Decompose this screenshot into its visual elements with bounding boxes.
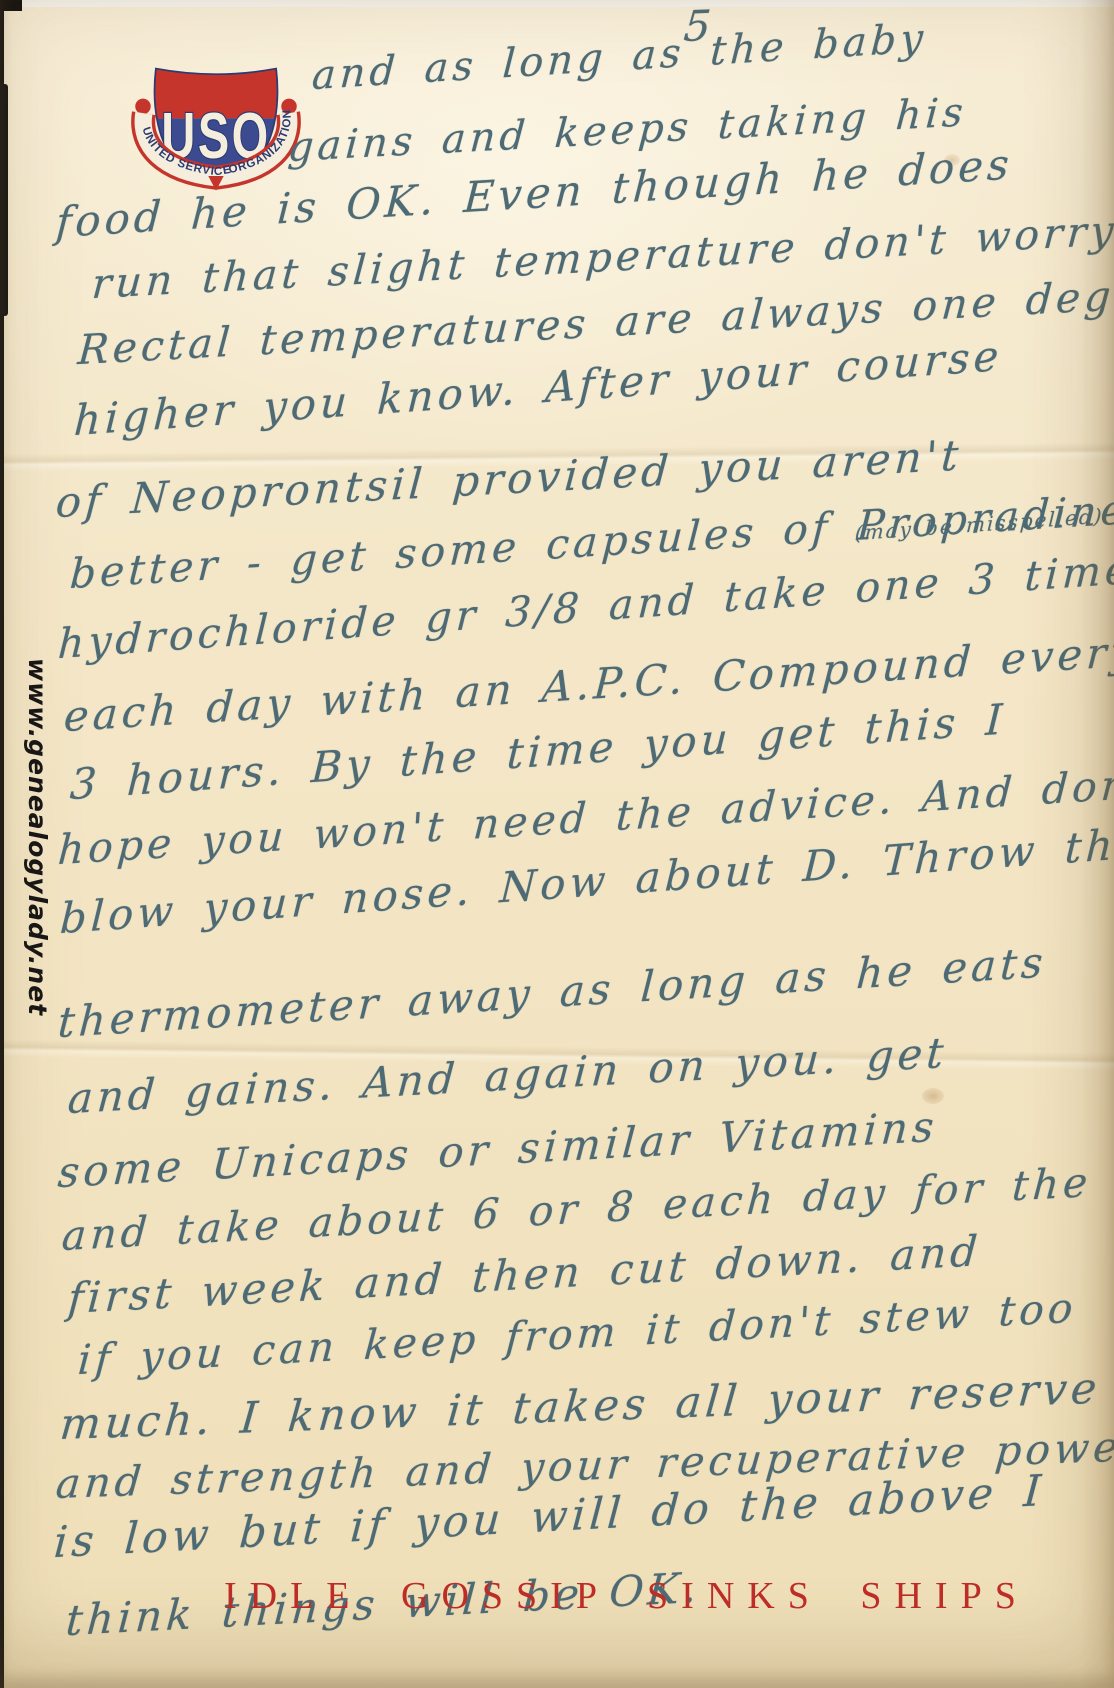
scan-edge-notch: [0, 0, 22, 11]
handwritten-line: and as long as the baby: [311, 16, 929, 98]
uso-logo: USO UNITED SERVICE ORGANIZATIONS: [130, 60, 302, 194]
letter-page: USO UNITED SERVICE ORGANIZATIONS 5 and a…: [0, 0, 1114, 1688]
scan-edge-top: [0, 0, 1114, 7]
printed-slogan: IDLE GOSSIP SINKS SHIPS: [224, 1574, 1029, 1618]
scan-edge-bump: [0, 84, 8, 316]
watermark: www.genealogylady.net: [23, 658, 52, 1016]
